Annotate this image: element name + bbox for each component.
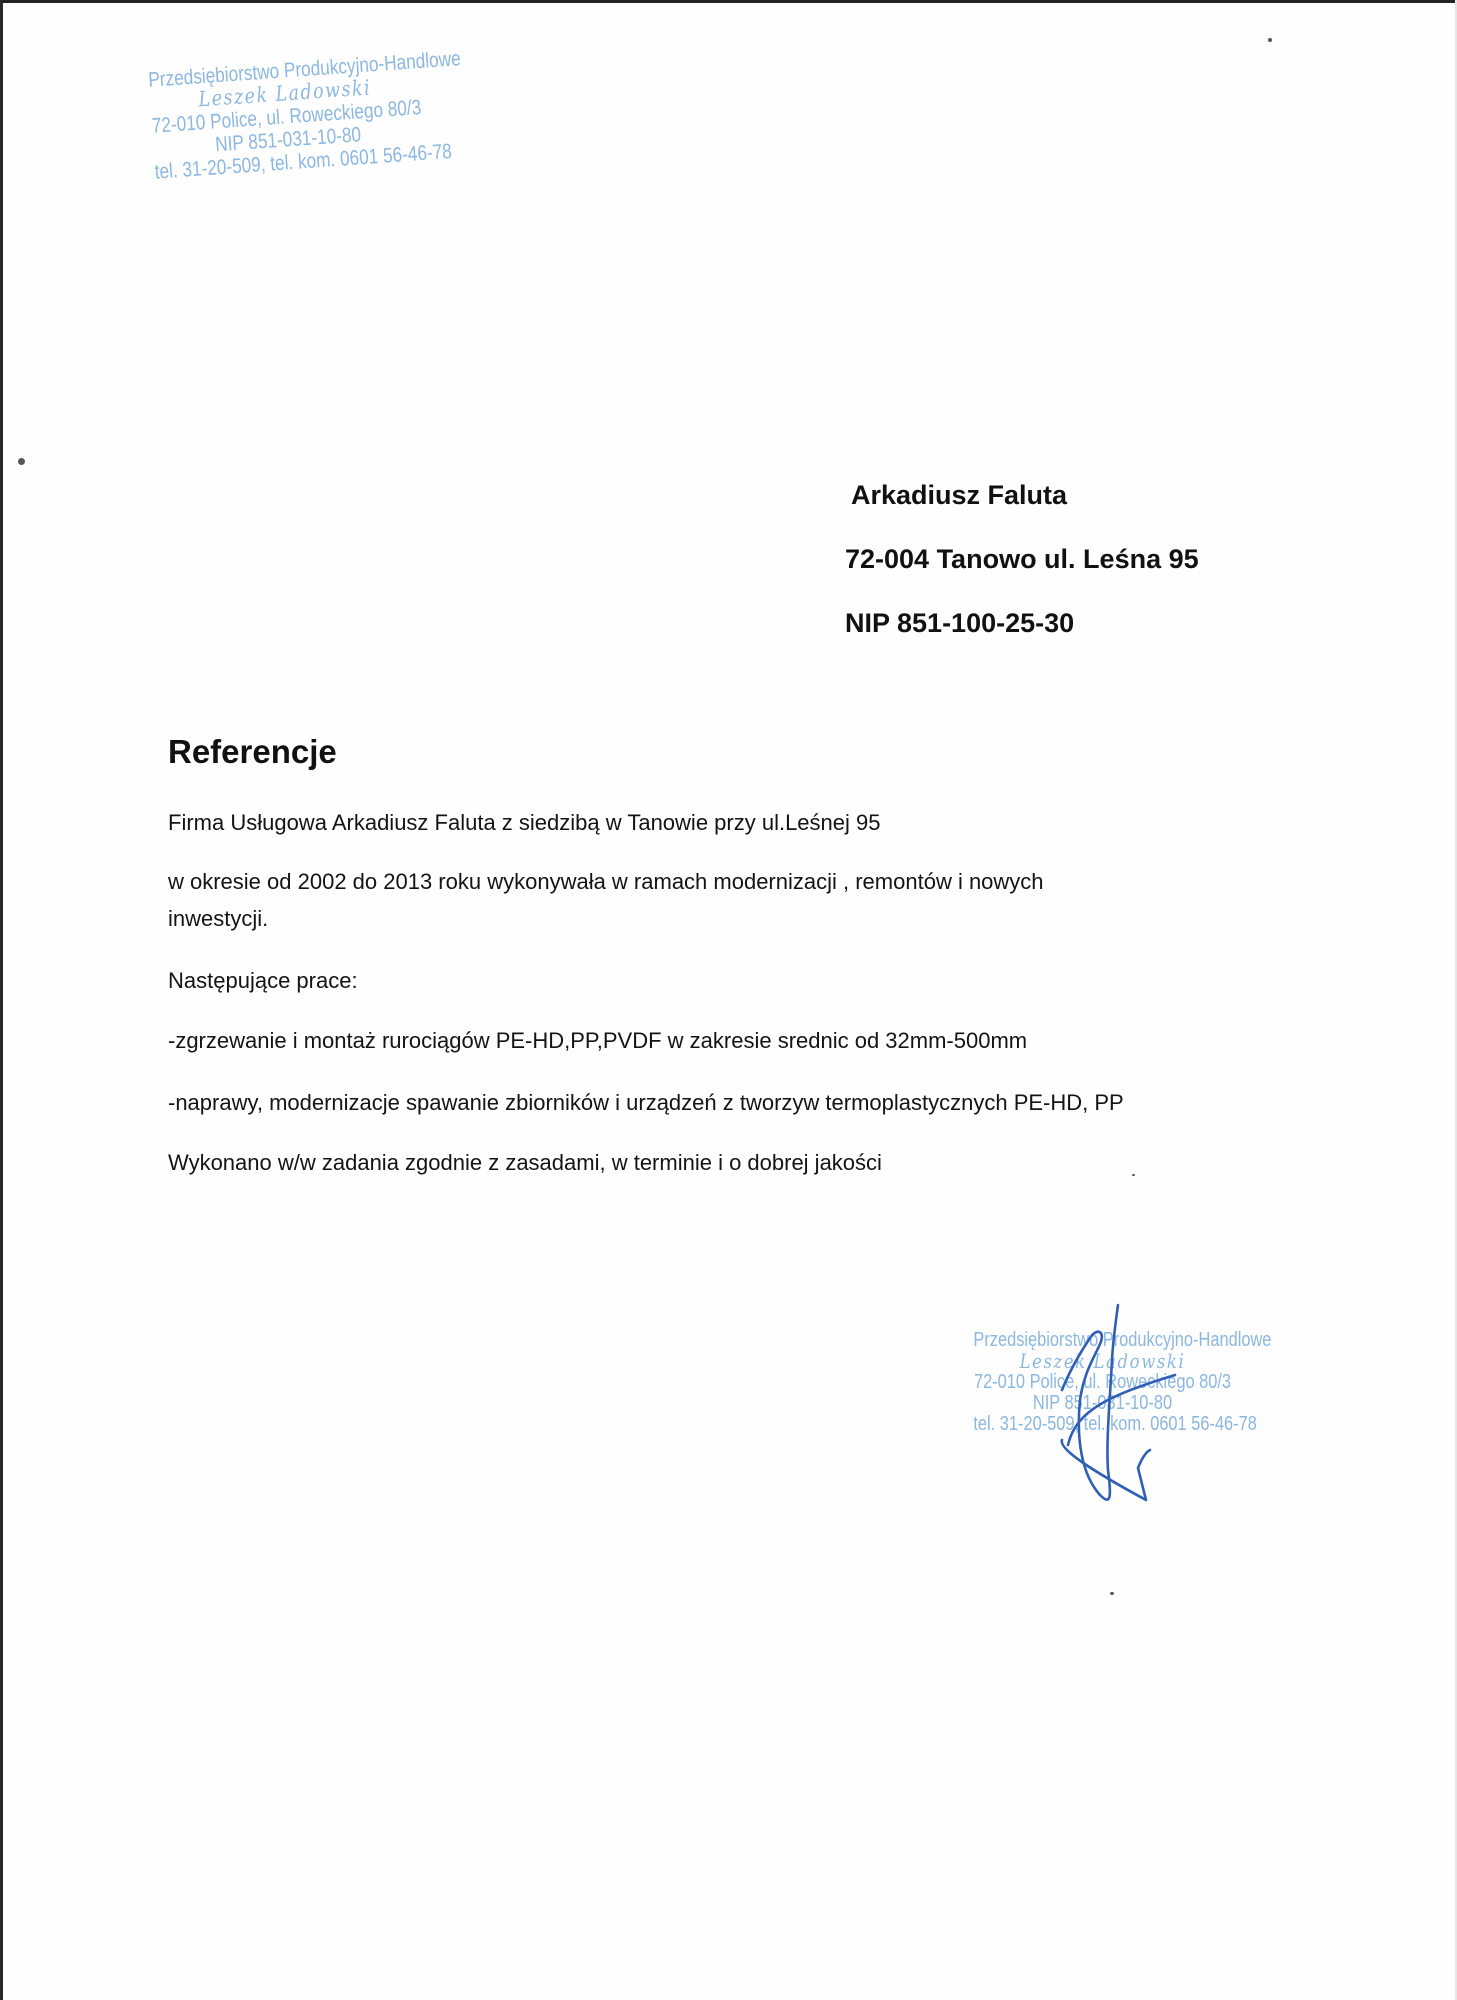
recipient-address: 72-004 Tanowo ul. Leśna 95 bbox=[845, 544, 1199, 575]
scan-speck bbox=[1268, 38, 1272, 42]
scan-speck bbox=[1132, 1174, 1135, 1176]
recipient-nip: NIP 851-100-25-30 bbox=[845, 608, 1074, 639]
body-paragraph-2: w okresie od 2002 do 2013 roku wykonywał… bbox=[168, 869, 1044, 895]
scan-top-edge bbox=[0, 0, 1457, 3]
document-title: Referencje bbox=[168, 733, 337, 771]
handwritten-signature-icon bbox=[1040, 1300, 1180, 1510]
recipient-name: Arkadiusz Faluta bbox=[851, 480, 1067, 511]
body-conclusion: Wykonano w/w zadania zgodnie z zasadami,… bbox=[168, 1150, 882, 1176]
scanned-page: Przedsiębiorstwo Produkcyjno-Handlowe Le… bbox=[0, 0, 1457, 2000]
body-work-item-2: -naprawy, modernizacje spawanie zbiornik… bbox=[168, 1090, 1124, 1116]
scan-speck bbox=[1110, 1592, 1114, 1595]
body-works-heading: Następujące prace: bbox=[168, 968, 358, 994]
scan-speck bbox=[18, 458, 25, 465]
company-stamp-top: Przedsiębiorstwo Produkcyjno-Handlowe Le… bbox=[118, 49, 455, 187]
body-paragraph-1: Firma Usługowa Arkadiusz Faluta z siedzi… bbox=[168, 810, 881, 836]
body-work-item-1: -zgrzewanie i montaż rurociągów PE-HD,PP… bbox=[168, 1028, 1027, 1054]
scan-left-edge bbox=[0, 0, 3, 2000]
body-paragraph-2-cont: inwestycji. bbox=[168, 906, 268, 932]
